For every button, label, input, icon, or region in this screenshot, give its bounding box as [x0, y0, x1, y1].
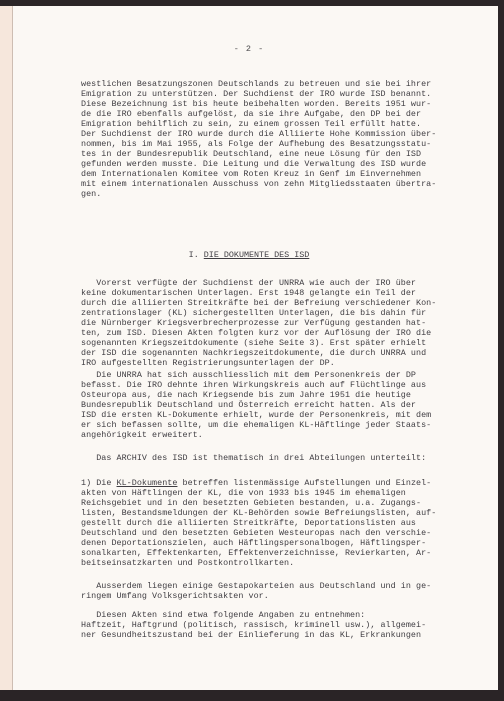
list-item-text: betreffen listenmässige Aufstellungen un…	[177, 478, 431, 488]
text-line: Das ARCHIV des ISD ist thematisch in dre…	[81, 453, 426, 463]
text-line: ringem Umfang Volksgerichtsakten vor.	[81, 591, 269, 601]
text-line: durch die alliierten Streitkräfte bei de…	[81, 298, 436, 308]
text-line: der ISD die sogenannten Nachkriegszeitdo…	[81, 348, 426, 358]
text-line: beitseinsatzkarten und Postkontrollkarte…	[81, 558, 294, 568]
text-line: listen, Bestandsmeldungen der KL-Behörde…	[81, 508, 436, 518]
text-line: Die UNRRA hat sich ausschliesslich mit d…	[81, 370, 416, 380]
text-line: de die IRO ebenfalls aufgelöst, da sie i…	[81, 109, 421, 119]
text-line: ner Gesundheitszustand bei der Einliefer…	[81, 630, 421, 640]
text-line: die Nürnberger Kriegsverbrecherprozesse …	[81, 318, 426, 328]
text-line: Deutschland und den besetzten Gebieten W…	[81, 528, 431, 538]
text-line: gen.	[81, 189, 101, 199]
list-item-kl-dokumente: 1) Die KL-Dokumente betreffen listenmäss…	[81, 478, 431, 488]
text-line: er sich befassen sollte, um die ehemalig…	[81, 420, 431, 430]
list-item-prefix: 1) Die	[81, 478, 117, 488]
document-page: - 2 - westlichen Besatzungszonen Deutsch…	[0, 6, 498, 690]
text-line: Reichsgebiet und in den besetzten Gebiet…	[81, 498, 421, 508]
binding-margin	[0, 6, 13, 690]
text-line: Osteuropa aus, die nach Kriegsende bis z…	[81, 390, 411, 400]
scan-bottom-edge	[0, 690, 504, 701]
text-line: Vorerst verfügte der Suchdienst der UNRR…	[81, 278, 416, 288]
scan-right-edge	[498, 0, 504, 701]
text-line: sonalkarten, Effektenkarten, Effektenver…	[81, 548, 431, 558]
text-line: angehörigkeit erweitert.	[81, 430, 203, 440]
text-line: befasst. Die IRO dehnte ihren Wirkungskr…	[81, 380, 426, 390]
text-line: gefunden werden musste. Die Leitung und …	[81, 159, 426, 169]
text-line: Ausserdem liegen einige Gestapokarteien …	[81, 581, 431, 591]
text-line: nommen, bis im Mai 1955, als Folge der A…	[81, 139, 431, 149]
text-line: denen Deportationszielen, auch Häftlings…	[81, 538, 426, 548]
section-heading: I. DIE DOKUMENTE DES ISD	[0, 250, 498, 260]
text-line: Bundesrepublik Deutschland und Österreic…	[81, 400, 416, 410]
text-line: ten, zum ISD. Diesen Akten folgten kurz …	[81, 328, 431, 338]
section-title: DIE DOKUMENTE DES ISD	[204, 250, 310, 260]
text-line: Haftzeit, Haftgrund (politisch, rassisch…	[81, 620, 426, 630]
text-line: westlichen Besatzungszonen Deutschlands …	[81, 79, 431, 89]
section-number: I.	[189, 250, 199, 260]
text-line: Der Suchdienst der IRO wurde durch die A…	[81, 129, 436, 139]
text-line: mit einem internationalen Ausschuss von …	[81, 179, 436, 189]
text-line: akten von Häftlingen der KL, die von 193…	[81, 488, 406, 498]
text-line: gestellt durch die alliierten Streitkräf…	[81, 518, 416, 528]
text-line: Diesen Akten sind etwa folgende Angaben …	[81, 610, 365, 620]
text-line: dem Internationalen Komitee vom Roten Kr…	[81, 169, 421, 179]
text-line: Emigration zu unterstützen. Der Suchdien…	[81, 89, 431, 99]
text-line: Diese Bezeichnung ist bis heute beibehal…	[81, 99, 431, 109]
text-line: Emigration behilflich zu sein, zu einem …	[81, 119, 421, 129]
text-line: zentrationslager (KL) sichergestellten U…	[81, 308, 426, 318]
text-line: tes in der Bundesrepublik Deutschland, e…	[81, 149, 421, 159]
list-item-term: KL-Dokumente	[117, 478, 178, 488]
text-line: ISD die ersten KL-Dokumente erhielt, wur…	[81, 410, 431, 420]
text-line: IRO aufgestellten Registrierungsunterlag…	[81, 358, 335, 368]
page-number: - 2 -	[0, 44, 498, 54]
text-line: keine dokumentarischen Unterlagen. Erst …	[81, 288, 416, 298]
text-line: sogenannten Kriegszeitdokumente (siehe S…	[81, 338, 426, 348]
